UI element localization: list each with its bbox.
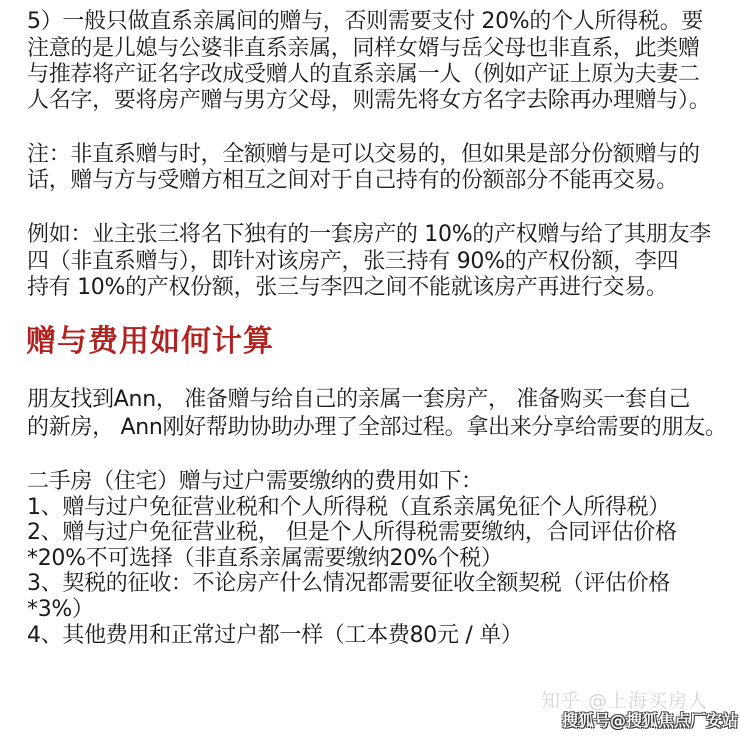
paragraph-5-line-4: 人名字，要将房产赠与男方父母，则需先将女方名字去除再办理赠与）。 (27, 88, 710, 114)
example-line-3: 持有 10%的产权份额，张三与李四之间不能就该房产再进行交易。 (27, 275, 668, 301)
intro-line-1: 朋友找到Ann， 准备赠与给自己的亲属一套房产， 准备购买一套自己 (27, 387, 690, 413)
fee-list-item-2: 2、赠与过户免征营业税， 但是个人所得税需要缴纳，合同评估价格 (27, 520, 677, 546)
fee-list-item-1: 1、赠与过户免征营业税和个人所得税（直系亲属免征个人所得税） (27, 495, 670, 521)
section-heading: 赠与费用如何计算 (26, 322, 274, 362)
fee-list-item-2-cont: *20%不可选择（非直系亲属需要缴纳20%个税） (27, 546, 503, 572)
sohu-watermark: 搜狐号@搜狐焦点厂安站 (562, 711, 738, 731)
zhihu-watermark: 知乎 @上海买房人 (541, 690, 708, 712)
fee-list-item-3: 3、契税的征收：不论房产什么情况都需要征收全额契税（评估价格 (27, 571, 670, 597)
note-line-2: 话，赠与方与受赠方相互之间对于自己持有的份额部分不能再交易。 (27, 168, 678, 194)
example-line-2: 四（非直系赠与），即针对该房产，张三持有 90%的产权份额，李四 (27, 249, 678, 275)
fee-list-title: 二手房（住宅）赠与过户需要缴纳的费用如下： (27, 469, 483, 495)
example-line-1: 例如：业主张三将名下独有的一套房产的 10%的产权赠与给了其朋友李 (27, 222, 711, 248)
fee-list-item-4: 4、其他费用和正常过户都一样（工本费80元 / 单） (27, 623, 523, 649)
intro-line-2: 的新房， Ann刚好帮助协助办理了全部过程。拿出来分享给需要的朋友。 (27, 415, 727, 441)
fee-list-item-3-cont: *3%） (27, 597, 94, 623)
note-line-1: 注：非直系赠与时，全额赠与是可以交易的，但如果是部分份额赠与的 (27, 142, 700, 168)
paragraph-5-line-2: 注意的是儿媳与公婆非直系亲属，同样女婿与岳父母也非直系，此类赠 (27, 36, 700, 62)
paragraph-5-line-3: 与推荐将产证名字改成受赠人的直系亲属一人（例如产证上原为夫妻二 (27, 62, 700, 88)
paragraph-5-line-1: 5）一般只做直系亲属间的赠与，否则需要支付 20%的个人所得税。要 (27, 9, 703, 35)
